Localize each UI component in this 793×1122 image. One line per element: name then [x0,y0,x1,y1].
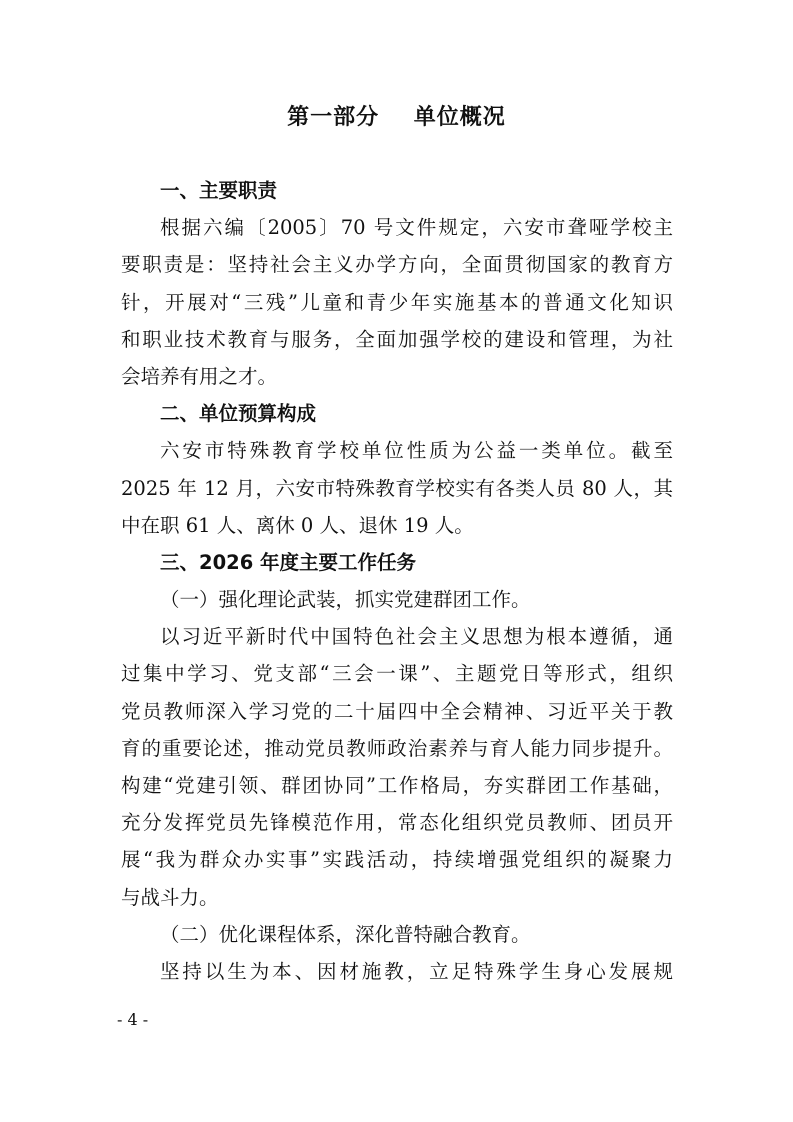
paragraph-line: 过集中学习、党支部“三会一课”、主题党日等形式，组织 [121,655,673,692]
paragraph-line: 会培养有用之才。 [121,358,673,395]
subsection-heading-party-building: （一）强化理论武装，抓实党建群团工作。 [121,581,673,618]
paragraph-line: 与战斗力。 [121,879,673,916]
paragraph-line: 针，开展对“三残”儿童和青少年实施基本的普通文化知识 [121,284,673,321]
paragraph-line: 党员教师深入学习党的二十届四中全会精神、习近平关于教 [121,693,673,730]
section-heading-annual-tasks: 三、2026 年度主要工作任务 [121,544,673,581]
document-page: 第一部分 单位概况 一、主要职责 根据六编〔2005〕70 号文件规定，六安市聋… [0,0,793,1122]
paragraph-line: 充分发挥党员先锋模范作用，常态化组织党员教师、团员开 [121,804,673,841]
paragraph-line: 育的重要论述，推动党员教师政治素养与育人能力同步提升。 [121,730,673,767]
document-body: 一、主要职责 根据六编〔2005〕70 号文件规定，六安市聋哑学校主 要职责是：… [121,172,673,990]
paragraph-line: 根据六编〔2005〕70 号文件规定，六安市聋哑学校主 [121,209,673,246]
paragraph-line: 构建“党建引领、群团协同”工作格局，夯实群团工作基础， [121,767,673,804]
section-heading-budget-composition: 二、单位预算构成 [121,395,673,432]
page-title: 第一部分 单位概况 [0,100,793,136]
paragraph-line: 展“我为群众办实事”实践活动，持续增强党组织的凝聚力 [121,841,673,878]
section-heading-main-duties: 一、主要职责 [121,172,673,209]
page-number: - 4 - [117,1008,148,1032]
paragraph-line: 以习近平新时代中国特色社会主义思想为根本遵循，通 [121,618,673,655]
subsection-heading-curriculum: （二）优化课程体系，深化普特融合教育。 [121,916,673,953]
paragraph-line: 六安市特殊教育学校单位性质为公益一类单位。截至 [121,432,673,469]
paragraph-line: 坚持以生为本、因材施教，立足特殊学生身心发展规 [121,953,673,990]
paragraph-line: 2025 年 12 月，六安市特殊教育学校实有各类人员 80 人，其 [121,470,673,507]
paragraph-line: 和职业技术教育与服务，全面加强学校的建设和管理，为社 [121,321,673,358]
paragraph-line: 中在职 61 人、离休 0 人、退休 19 人。 [121,507,673,544]
paragraph-line: 要职责是：坚持社会主义办学方向，全面贯彻国家的教育方 [121,246,673,283]
